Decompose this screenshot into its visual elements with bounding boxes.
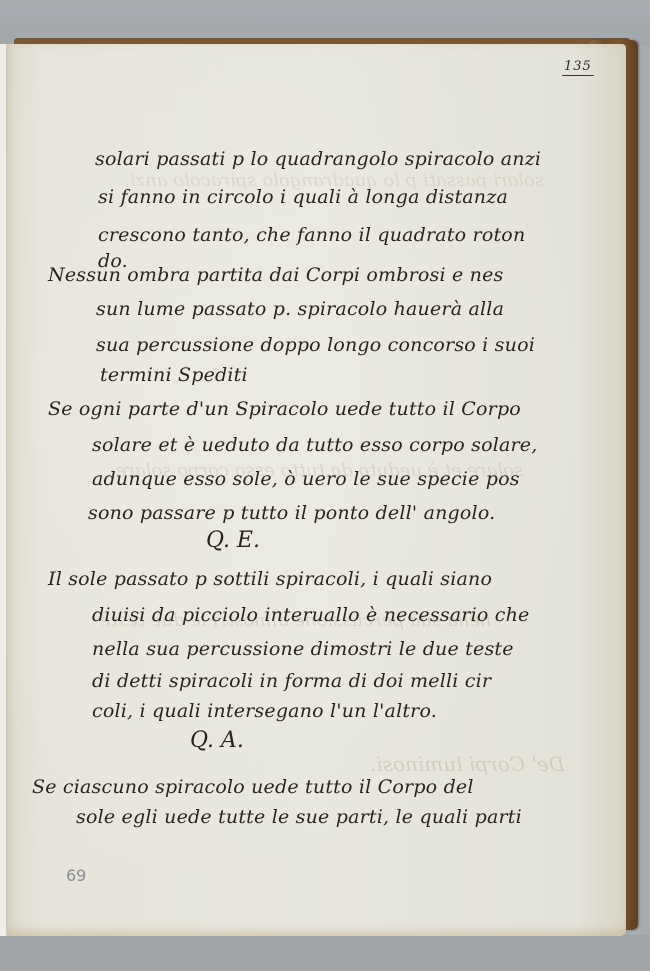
text-line: diuisi da picciolo interuallo è necessar… bbox=[92, 604, 529, 626]
text-line: sua percussione doppo longo concorso i s… bbox=[96, 334, 535, 356]
text-line: Nessun ombra partita dai Corpi ombrosi e… bbox=[48, 264, 504, 286]
text-line: Il sole passato p sottili spiracoli, i q… bbox=[48, 568, 492, 590]
text-line: solari passati p lo quadrangolo spiracol… bbox=[95, 148, 541, 170]
text-line: coli, i quali intersegano l'un l'altro. bbox=[92, 700, 437, 722]
text-line: nella sua percussione dimostri le due te… bbox=[92, 638, 514, 660]
text-line: termini Spediti bbox=[100, 364, 248, 386]
text-line: si fanno in circolo i quali à longa dist… bbox=[98, 186, 508, 208]
text-line: Se ogni parte d'un Spiracolo uede tutto … bbox=[48, 398, 521, 420]
manuscript-text: solari passati p lo quadrangolo spiracol… bbox=[0, 0, 650, 971]
text-line: di detti spiracoli in forma di doi melli… bbox=[92, 670, 491, 692]
section-mark: Q. A. bbox=[190, 728, 244, 753]
text-line: sole egli uede tutte le sue parti, le qu… bbox=[76, 806, 522, 828]
section-mark: Q. E. bbox=[206, 528, 260, 553]
text-line: sono passare p tutto il ponto dell' ango… bbox=[88, 502, 495, 524]
text-line: crescono tanto, che fanno il quadrato ro… bbox=[98, 224, 525, 246]
text-line: Se ciascuno spiracolo uede tutto il Corp… bbox=[32, 776, 474, 798]
text-line: sun lume passato p. spiracolo hauerà all… bbox=[96, 298, 504, 320]
text-line: adunque esso sole, ò uero le sue specie … bbox=[92, 468, 520, 490]
text-line: solare et è ueduto da tutto esso corpo s… bbox=[92, 434, 538, 456]
